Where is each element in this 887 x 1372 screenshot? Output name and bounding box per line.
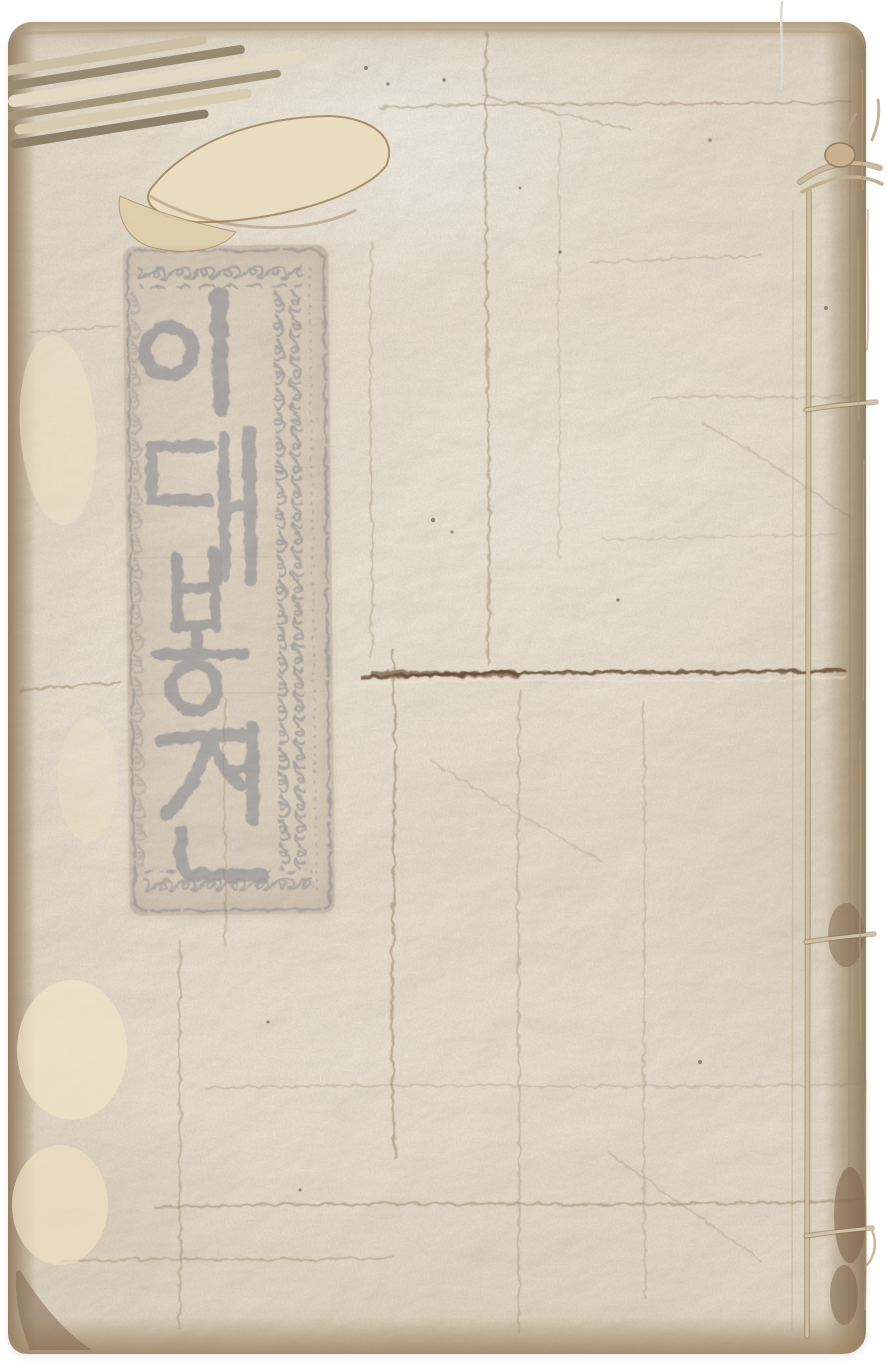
title-label-art bbox=[124, 245, 335, 915]
title-label: 이대봉전 bbox=[124, 245, 335, 915]
photo-stage: 이대봉전 bbox=[0, 0, 887, 1372]
label-grain bbox=[124, 245, 335, 915]
